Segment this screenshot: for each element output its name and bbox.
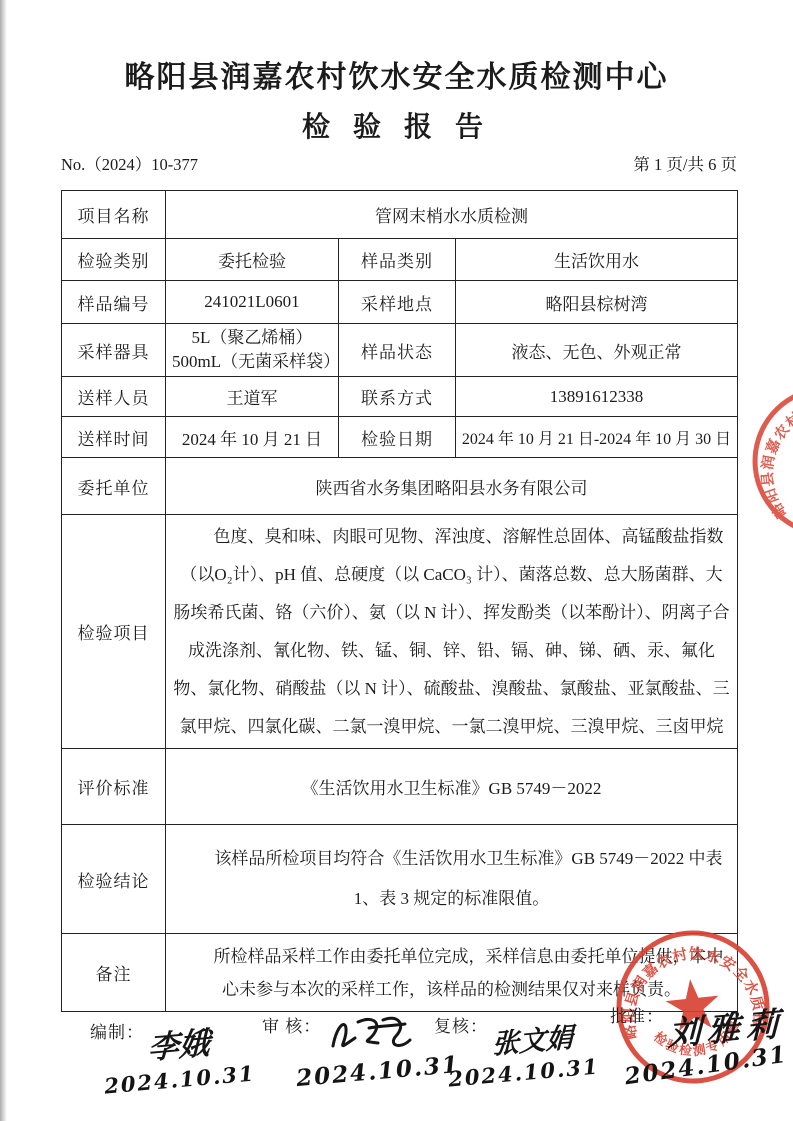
table-row: 采样器具 5L（聚乙烯桶） 500mL（无菌采样袋） 样品状态 液态、无色、外观…	[62, 324, 738, 377]
table-row: 检验类别 委托检验 样品类别 生活饮用水	[62, 239, 738, 281]
field-label-inspection-items: 检验项目	[62, 515, 166, 749]
table-row: 项目名称 管网末梢水水质检测	[62, 191, 738, 239]
field-label-evaluation-standard: 评价标准	[62, 749, 166, 825]
table-row: 委托单位 陕西省水务集团略阳县水务有限公司	[62, 458, 738, 515]
table-row: 送样时间 2024 年 10 月 21 日 检验日期 2024 年 10 月 2…	[62, 417, 738, 458]
report-table: 项目名称 管网末梢水水质检测 检验类别 委托检验 样品类别 生活饮用水 样品编号…	[61, 190, 738, 1012]
field-label-sample-no: 样品编号	[62, 281, 166, 324]
reviewed-signature	[325, 1012, 417, 1056]
report-title: 略阳县润嘉农村饮水安全水质检测中心	[0, 52, 793, 96]
field-value-contact: 13891612338	[456, 377, 738, 417]
signature-group-approved: 批准：刘雅莉 2024.10.31	[610, 1002, 788, 1079]
field-label-sampling-location: 采样地点	[339, 281, 456, 324]
field-label-sample-type: 样品类别	[339, 239, 456, 281]
rechecked-date: 2024.10.31	[447, 1053, 600, 1091]
field-value-inspection-type: 委托检验	[166, 239, 339, 281]
field-label-contact: 联系方式	[339, 377, 456, 417]
field-value-sample-state: 液态、无色、外观正常	[456, 324, 738, 377]
container-line-2: 500mL（无菌采样袋）	[172, 350, 332, 374]
field-label-sample-sender: 送样人员	[62, 377, 166, 417]
field-value-evaluation-standard: 《生活饮用水卫生标准》GB 5749－2022	[166, 749, 738, 825]
field-label-inspection-date: 检验日期	[339, 417, 456, 458]
report-subtitle: 检 验 报 告	[0, 105, 793, 145]
field-label-remarks: 备注	[62, 934, 166, 1012]
field-value-client: 陕西省水务集团略阳县水务有限公司	[166, 458, 738, 515]
table-row: 检验结论 该样品所检项目均符合《生活饮用水卫生标准》GB 5749－2022 中…	[62, 825, 738, 934]
scan-edge-shadow	[0, 0, 7, 1121]
field-value-inspection-date: 2024 年 10 月 21 日-2024 年 10 月 30 日	[456, 417, 738, 458]
field-value-project-name: 管网末梢水水质检测	[166, 191, 738, 239]
rechecked-signature: 张文娟	[492, 1015, 573, 1061]
container-line-1: 5L（聚乙烯桶）	[172, 326, 332, 350]
field-label-client: 委托单位	[62, 458, 166, 515]
reviewed-label: 审 核：	[262, 1017, 321, 1036]
prepared-signature: 李娥	[148, 1017, 211, 1068]
report-page: 略阳县润嘉农村饮水安全水质检测中心 检 验 报 告 No.（2024）10-37…	[0, 0, 793, 1121]
field-value-sample-sender: 王道军	[166, 377, 339, 417]
field-label-conclusion: 检验结论	[62, 825, 166, 934]
prepared-label: 编制：	[90, 1023, 144, 1042]
report-number: No.（2024）10-377	[61, 151, 198, 175]
field-value-sampling-container: 5L（聚乙烯桶） 500mL（无菌采样袋）	[166, 324, 339, 377]
field-value-inspection-items: 色度、臭和味、肉眼可见物、浑浊度、溶解性总固体、高锰酸盐指数（以O₂计）、pH …	[166, 515, 738, 749]
rechecked-label: 复核：	[434, 1017, 488, 1036]
field-label-sampling-container: 采样器具	[62, 324, 166, 377]
field-label-delivery-date: 送样时间	[62, 417, 166, 458]
field-value-delivery-date: 2024 年 10 月 21 日	[166, 417, 339, 458]
meta-row: No.（2024）10-377 第 1 页/共 6 页	[61, 151, 737, 175]
table-row: 送样人员 王道军 联系方式 13891612338	[62, 377, 738, 417]
field-label-sample-state: 样品状态	[339, 324, 456, 377]
table-row: 样品编号 241021L0601 采样地点 略阳县棕树湾	[62, 281, 738, 324]
signature-group-reviewed: 审 核： 2024.10.31	[262, 1012, 460, 1085]
table-row: 评价标准 《生活饮用水卫生标准》GB 5749－2022	[62, 749, 738, 825]
field-value-sampling-location: 略阳县棕树湾	[456, 281, 738, 324]
partial-stamp: 略阳县润嘉农村饮水安全水质检测中心	[744, 378, 793, 538]
page-indicator: 第 1 页/共 6 页	[633, 151, 737, 175]
field-value-sample-type: 生活饮用水	[456, 239, 738, 281]
table-row: 检验项目 色度、臭和味、肉眼可见物、浑浊度、溶解性总固体、高锰酸盐指数（以O₂计…	[62, 515, 738, 749]
signature-group-prepared: 编制：李娥 2024.10.31	[90, 1018, 256, 1092]
prepared-date: 2024.10.31	[103, 1060, 256, 1098]
signature-group-rechecked: 复核：张文娟 2024.10.31	[434, 1012, 600, 1085]
field-value-sample-no: 241021L0601	[166, 281, 339, 324]
approved-label: 批准：	[610, 1007, 664, 1026]
field-label-project-name: 项目名称	[62, 191, 166, 239]
field-value-conclusion: 该样品所检项目均符合《生活饮用水卫生标准》GB 5749－2022 中表 1、表…	[166, 825, 738, 934]
field-label-inspection-type: 检验类别	[62, 239, 166, 281]
